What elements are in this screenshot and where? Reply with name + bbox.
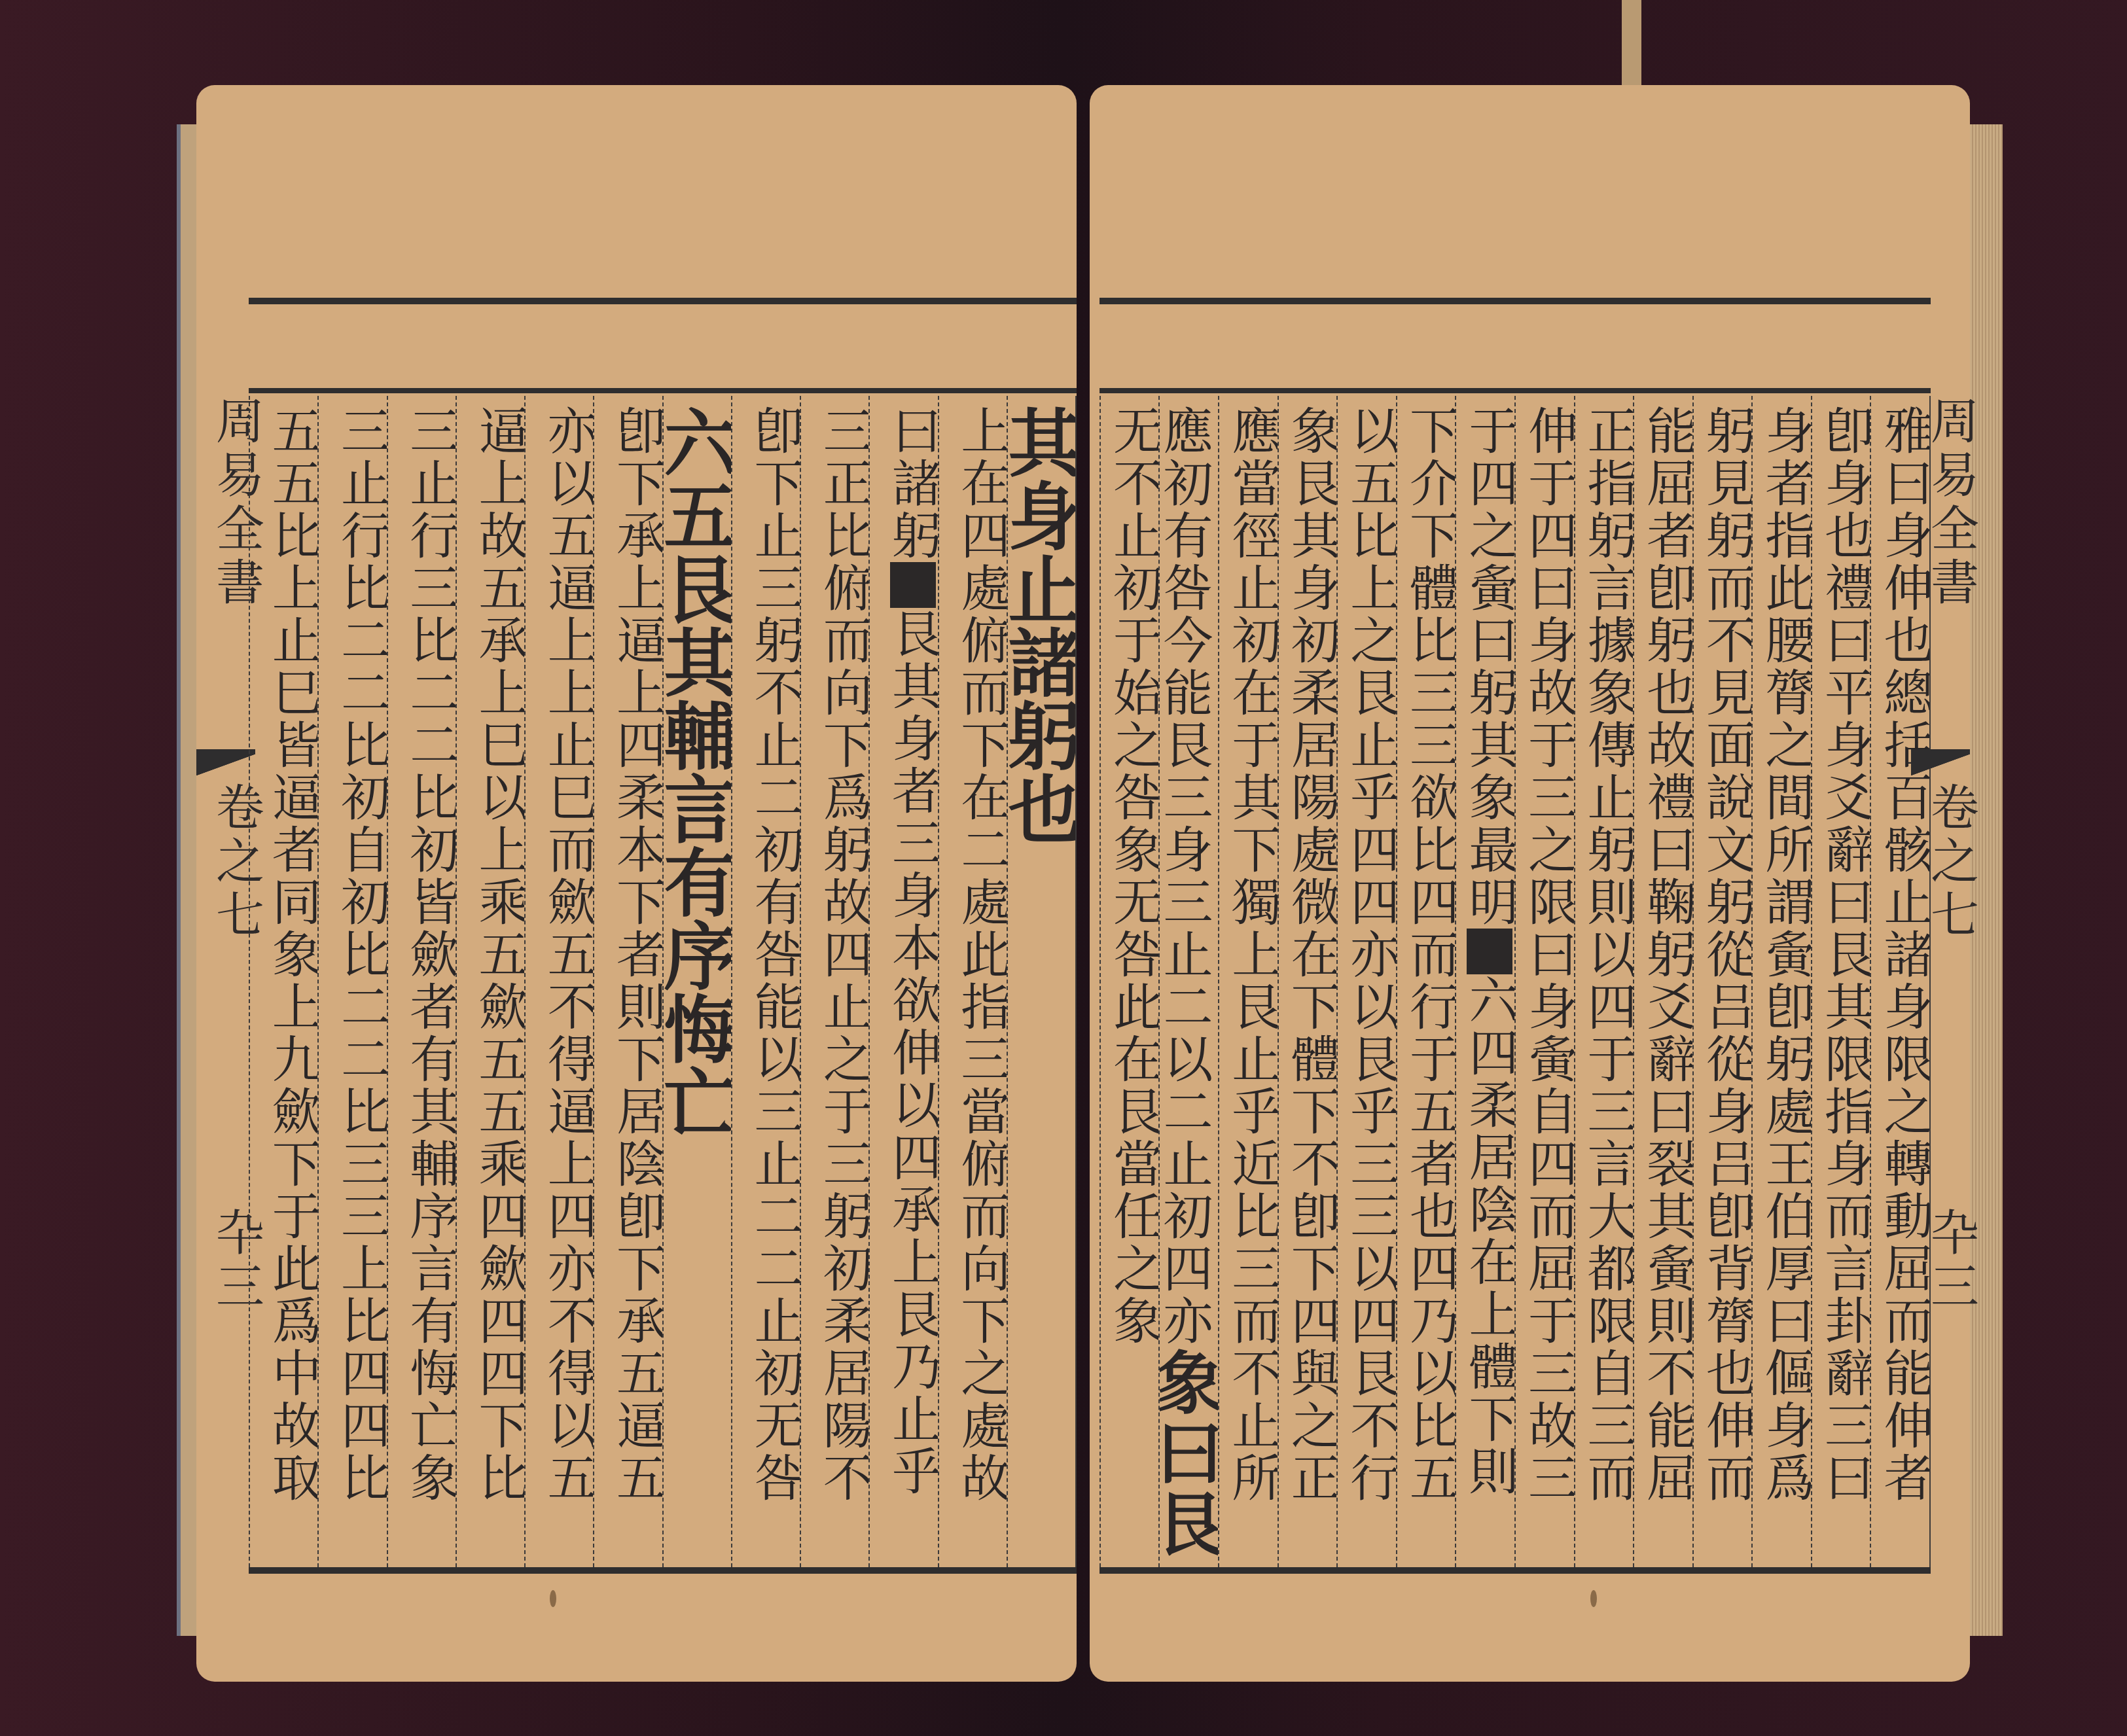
open-book: 周易全書 卷之七 卆三 其身止諸躬也諸之于出卦體三爲身身之仰而上則向上身之俯而下… bbox=[177, 85, 2003, 1682]
classic-text-heading: 其身止諸躬也 bbox=[1007, 405, 1077, 845]
text-column: 于四之夤曰躬其象最明六四柔居陰在上體下則 bbox=[1455, 396, 1514, 1567]
column-text: 曰諸躬 bbox=[884, 405, 938, 562]
text-column: 五五比上止巳皆逼者同象上九歛下于此爲中故取 bbox=[249, 396, 317, 1567]
text-column: 亦以五逼上上止巳而歛五不得逼上四亦不得以五 bbox=[524, 396, 593, 1567]
binding-hole bbox=[550, 1590, 556, 1607]
section-mark-icon bbox=[890, 562, 936, 608]
text-column: 應初有咎今能艮三身三止二以二止初四亦象曰艮 bbox=[1158, 396, 1218, 1567]
left-page-margin-center: 周易全書 卷之七 卆三 bbox=[196, 298, 255, 1561]
section-mark-icon bbox=[1467, 929, 1512, 974]
header-rule bbox=[249, 388, 1077, 393]
text-column: 六五艮其輔言有序悔亡五靜體止尊位六柔本在下者今在上體中則下居陽不 bbox=[662, 396, 731, 1567]
column-text: 艮其身者三身本欲伸以四承上艮乃止乎 bbox=[884, 608, 938, 1498]
text-column: 其身止諸躬也諸之于出卦體三爲身身之仰而上則向上身之俯而下則向下曰躬三仰而 bbox=[1007, 396, 1077, 1567]
column-text: 于四之夤曰躬其象最明 bbox=[1461, 405, 1514, 929]
right-page-margin-center: 周易全書 卷之七 卆三 bbox=[1911, 298, 1970, 1561]
text-column: 卽下承上逼上四柔本下者則下居陰卽下承五逼五 bbox=[593, 396, 662, 1567]
text-column: 三止行三比二二比初皆歛者有其輔序言有悔亡象 bbox=[387, 396, 456, 1567]
fishtail-mark-icon bbox=[196, 749, 255, 775]
text-column: 躬見躬而不見面說文躬從吕從身吕卽背膂也伸而 bbox=[1692, 396, 1752, 1567]
text-column: 能屈者卽躬也故禮曰鞠躬爻辭曰裂其夤則不能屈 bbox=[1633, 396, 1692, 1567]
left-page: 周易全書 卷之七 卆三 其身止諸躬也諸之于出卦體三爲身身之仰而上則向上身之俯而下… bbox=[196, 85, 1077, 1682]
text-column: 象艮其身初柔居陽處微在下體下不卽下四與之正 bbox=[1278, 396, 1337, 1567]
text-column: 伸于四曰身故于三之限曰身夤自四而屈于三故三 bbox=[1514, 396, 1574, 1567]
left-page-frame: 其身止諸躬也諸之于出卦體三爲身身之仰而上則向上身之俯而下則向下曰躬三仰而上在四處… bbox=[249, 298, 1077, 1574]
column-text: 應初有咎今能艮三身三止二以二止初四亦 bbox=[1158, 405, 1213, 1347]
classic-text-heading: 象曰艮 bbox=[1158, 1347, 1218, 1559]
text-column: 无不止初于始之咎象无咎此在艮當任之象 bbox=[1099, 396, 1159, 1567]
text-column: 下介下體比三三欲比四而行于五者也四乃以比五 bbox=[1396, 396, 1456, 1567]
text-column: 卽身也禮曰平身爻辭曰艮其限指身而言卦辭三曰 bbox=[1811, 396, 1870, 1567]
text-column: 逼上故五承上巳以上乘五歛五五乘四歛四四下比 bbox=[456, 396, 524, 1567]
text-column: 身者指此腰膂之間所謂夤卽躬處王伯厚曰傴身爲 bbox=[1751, 396, 1811, 1567]
column-text: 六四柔居陰在上體下則 bbox=[1461, 974, 1514, 1498]
right-page-frame: 雅曰身伸也總括百骸止諸身限之轉動屈而能伸者卽身也禮曰平身爻辭曰艮其限指身而言卦辭… bbox=[1099, 298, 1931, 1574]
header-rule bbox=[1099, 388, 1931, 393]
right-page-columns: 雅曰身伸也總括百骸止諸身限之轉動屈而能伸者卽身也禮曰平身爻辭曰艮其限指身而言卦辭… bbox=[1099, 396, 1931, 1567]
text-column: 曰諸躬艮其身者三身本欲伸以四承上艮乃止乎 bbox=[868, 396, 937, 1567]
text-column: 卽下止三躬不止二初有咎能以三止二二止初无咎 bbox=[731, 396, 800, 1567]
left-page-columns: 其身止諸躬也諸之于出卦體三爲身身之仰而上則向上身之俯而下則向下曰躬三仰而上在四處… bbox=[249, 396, 1077, 1567]
classic-text-heading: 六五艮其輔言有序悔亡 bbox=[662, 405, 731, 1138]
margin-book-title: 周易全書 bbox=[1916, 396, 1986, 611]
text-column: 正指躬言據象傳止躬則以四于三言大都限自三而 bbox=[1574, 396, 1634, 1567]
margin-volume: 卷之七 bbox=[1916, 782, 1986, 943]
right-page: 雅曰身伸也總括百骸止諸身限之轉動屈而能伸者卽身也禮曰平身爻辭曰艮其限指身而言卦辭… bbox=[1090, 85, 1970, 1682]
binding-hole bbox=[1590, 1590, 1597, 1607]
text-column: 以五比上之艮止乎四四亦以艮乎三三以四艮不行 bbox=[1336, 396, 1396, 1567]
fishtail-mark-icon bbox=[1911, 749, 1970, 775]
text-column: 上在四處俯而下在二處此指三當俯而向下之處故 bbox=[938, 396, 1007, 1567]
text-column: 應當徑止初在于其下獨上艮止乎近比三而不止所 bbox=[1218, 396, 1278, 1567]
margin-folio: 卆三 bbox=[1916, 1207, 1986, 1315]
text-column: 三止行比二二比初自初比二二比三三上比四四比 bbox=[317, 396, 386, 1567]
text-column: 三正比俯而向下爲躬故四止之于三躬初柔居陽不 bbox=[800, 396, 868, 1567]
